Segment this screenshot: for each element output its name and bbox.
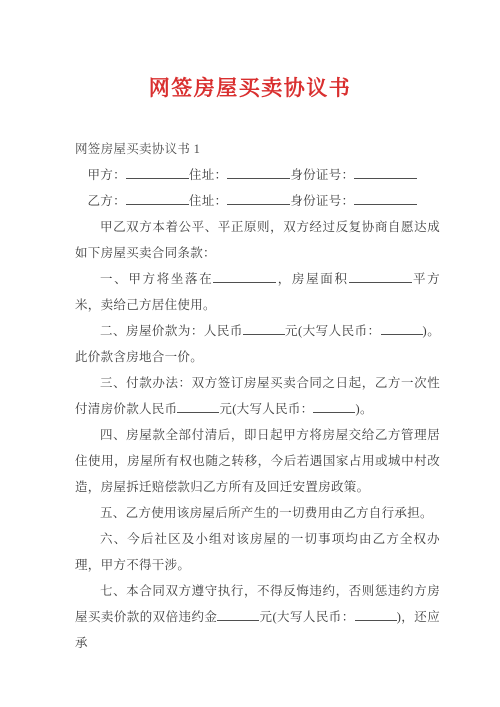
clause-7: 七、本合同双方遵守执行，不得反悔违约，否则惩违约方房屋买卖价款的双倍违约金元(大…	[75, 578, 440, 656]
page-title: 网签房屋买卖协议书	[0, 76, 500, 102]
party-b-line: 乙方：住址：身份证号：	[75, 188, 440, 214]
blank-line	[126, 165, 189, 179]
blank-line	[381, 321, 423, 335]
blank-line	[227, 165, 290, 179]
party-a-line: 甲方：住址：身份证号：	[75, 162, 440, 188]
blank-line	[313, 399, 355, 413]
document-body: 网签房屋买卖协议书 1 甲方：住址：身份证号：乙方：住址：身份证号：甲乙双方本着…	[75, 136, 440, 656]
blank-line	[355, 607, 397, 621]
blank-line	[213, 269, 276, 283]
clause-4: 四、房屋款全部付清后，即日起甲方将房屋交给乙方管理居住使用，房屋所有权也随之转移…	[75, 422, 440, 500]
blank-line	[227, 191, 290, 205]
blank-line	[126, 191, 189, 205]
blank-line	[354, 165, 417, 179]
clause-3: 三、付款办法：双方签订房屋买卖合同之日起，乙方一次性付清房价款人民币元(大写人民…	[75, 370, 440, 422]
blank-line	[354, 191, 417, 205]
blank-line	[349, 269, 412, 283]
contract-document-page: 网签房屋买卖协议书 网签房屋买卖协议书 1 甲方：住址：身份证号：乙方：住址：身…	[0, 0, 500, 707]
clause-6: 六、今后社区及小组对该房屋的一切事项均由乙方全权办理，甲方不得干涉。	[75, 526, 440, 578]
clause-2: 二、房屋价款为：人民币元(大写人民币：)。此价款含房地合一价。	[75, 318, 440, 370]
document-subtitle: 网签房屋买卖协议书 1	[75, 136, 440, 162]
blank-line	[177, 399, 219, 413]
clause-5: 五、乙方使用该房屋后所产生的一切费用由乙方自行承担。	[75, 500, 440, 526]
blank-line	[217, 607, 259, 621]
preamble: 甲乙双方本着公平、平正原则，双方经过反复协商自愿达成如下房屋买卖合同条款：	[75, 214, 440, 266]
blank-line	[243, 321, 285, 335]
clause-1: 一、甲方将坐落在，房屋面积平方米，卖给己方居住使用。	[75, 266, 440, 318]
